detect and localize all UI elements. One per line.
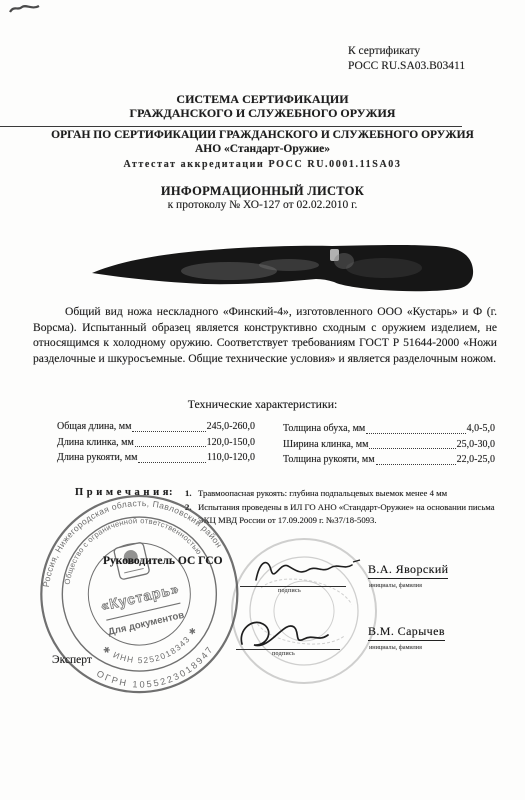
stamp-for-documents-text: Для документов [107,610,185,638]
knife-photo [84,226,481,300]
spec-label: Толщина обуха, мм [283,421,365,437]
spec-row: Длина клинка, мм 120,0-150,0 [57,435,255,451]
spec-row: Толщина обуха, мм 4,0-5,0 [283,421,495,437]
signer-name-caption-1: инициалы, фамилия [369,582,422,589]
signer-name-2: В.М. Сарычев [368,624,445,641]
company-round-stamp: Россия, Нижегородская область, Павловски… [4,463,276,731]
spec-label: Ширина клинка, мм [283,437,368,453]
header-divider-rule [0,126,462,127]
dotted-leader [132,431,205,432]
dotted-leader [366,433,465,434]
specs-left-column: Общая длина, мм 245,0-260,0 Длина клинка… [57,419,255,466]
signature-line-1 [240,586,346,587]
spec-value: 245,0-260,0 [207,419,255,435]
scanned-document-page: К сертификату РОСС RU.SA03.B03411 СИСТЕМ… [0,0,525,800]
stamp-company-name: «Кустарь» [99,580,181,614]
dotted-leader [138,462,206,463]
spec-label: Длина клинка, мм [57,435,134,451]
specs-right-column: Толщина обуха, мм 4,0-5,0 Ширина клинка,… [283,421,495,468]
dotted-leader [369,448,455,449]
certificate-number: РОСС RU.SA03.B03411 [348,59,465,74]
note-text: Испытания проведены в ИЛ ГО АНО «Стандар… [198,501,503,527]
system-title-line2: ГРАЖДАНСКОГО И СЛУЖЕБНОГО ОРУЖИЯ [0,106,525,121]
signature-scribble-1 [252,552,362,586]
spec-label: Длина рукояти, мм [57,450,137,466]
note-text: Травмоопасная рукоять: глубина подпальце… [198,487,447,500]
spec-label: Общая длина, мм [57,419,131,435]
signature-scribble-2 [236,612,344,652]
spec-value: 110,0-120,0 [207,450,255,466]
spec-value: 22,0-25,0 [457,452,495,468]
certification-body-name: АНО «Стандарт-Оружие» [0,143,525,155]
signature-caption-2: подпись [272,651,295,657]
signer-name-caption-2: инициалы, фамилия [369,644,422,651]
dotted-leader [135,446,206,447]
certification-body-line: ОРГАН ПО СЕРТИФИКАЦИИ ГРАЖДАНСКОГО И СЛУ… [0,129,525,141]
system-title-line1: СИСТЕМА СЕРТИФИКАЦИИ [0,92,525,107]
accreditation-line: Аттестат аккредитации РОСС RU.0001.11SA0… [0,159,525,170]
spec-label: Толщина рукояти, мм [283,452,375,468]
signature-caption-1: подпись [278,588,301,594]
expert-role-label: Эксперт [52,654,92,666]
document-title: ИНФОРМАЦИОННЫЙ ЛИСТОК [0,184,525,199]
head-of-body-role-label: Руководитель ОС ГСО [103,555,223,567]
description-paragraph: Общий вид ножа нескладного «Финский-4», … [33,304,497,366]
spec-row: Общая длина, мм 245,0-260,0 [57,419,255,435]
spec-value: 4,0-5,0 [467,421,495,437]
protocol-subtitle: к протоколу № ХО-127 от 02.02.2010 г. [0,199,525,211]
dotted-leader [376,464,456,465]
spec-value: 25,0-30,0 [457,437,495,453]
specs-title: Технические характеристики: [0,397,525,412]
scan-artifact-mark [8,3,42,15]
certificate-reference: К сертификату РОСС RU.SA03.B03411 [348,44,465,74]
spec-value: 120,0-150,0 [207,435,255,451]
certificate-reference-line1: К сертификату [348,44,465,59]
spec-row: Толщина рукояти, мм 22,0-25,0 [283,452,495,468]
signature-line-2 [236,649,340,650]
spec-row: Ширина клинка, мм 25,0-30,0 [283,437,495,453]
signer-name-1: В.А. Яворский [368,562,448,579]
